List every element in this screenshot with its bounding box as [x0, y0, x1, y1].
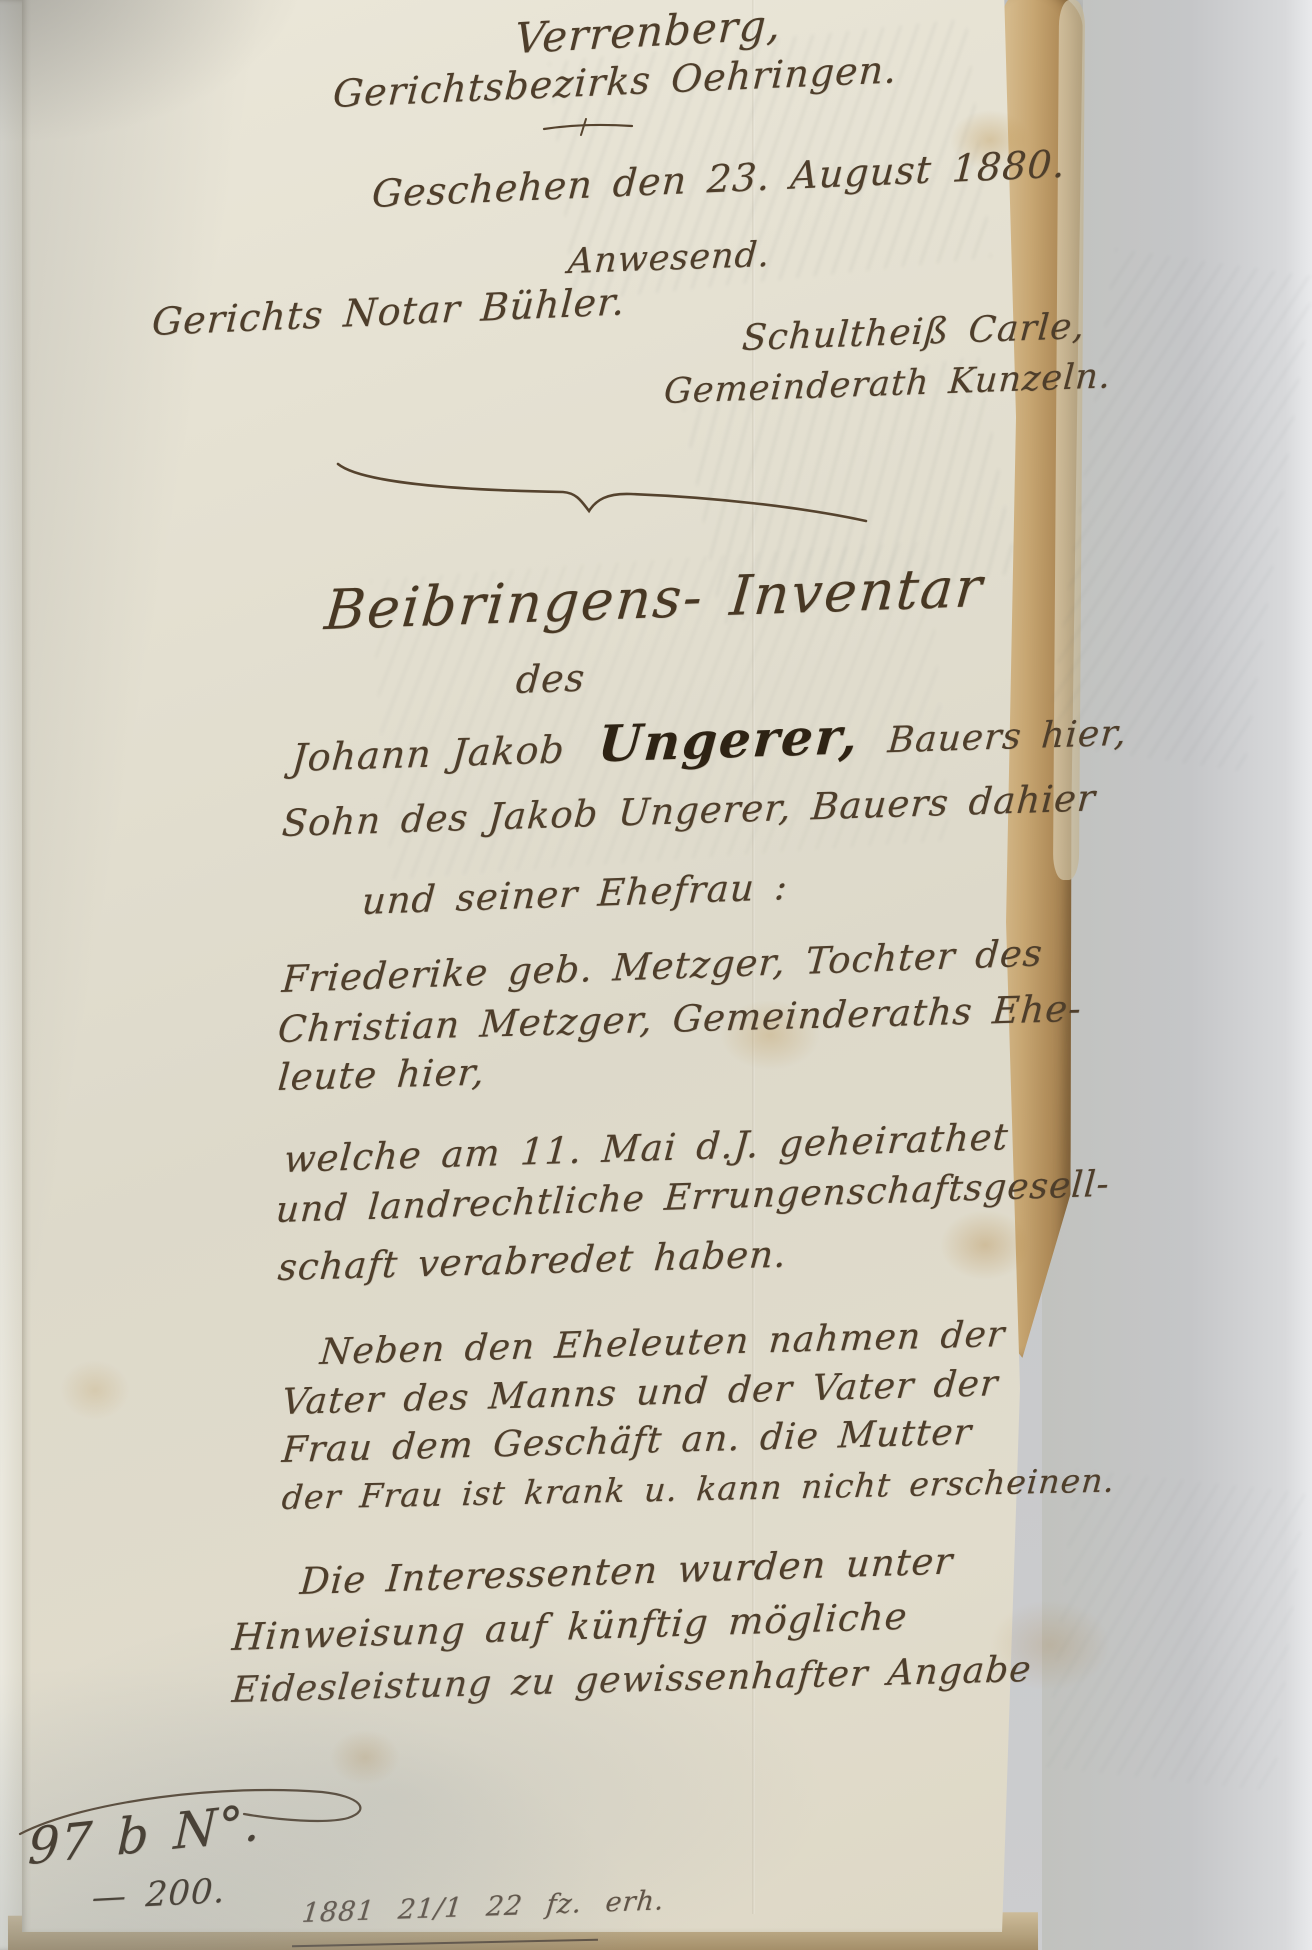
- subject-surname: Ungerer,: [596, 706, 861, 773]
- body-line: leute hier,: [276, 1051, 486, 1100]
- subject-first-names: Johann Jakob: [290, 727, 566, 780]
- document-photo: Verrenberg, Gerichtsbezirks Oehringen. G…: [0, 0, 1312, 1950]
- section-divider-flourish: [330, 452, 875, 524]
- title-sub-line: des: [514, 656, 586, 703]
- archive-ref-amount: — 200.: [91, 1871, 226, 1918]
- present-line: Anwesend.: [567, 235, 772, 282]
- subject-occupation: Bauers hier,: [886, 713, 1128, 762]
- district-underline-flourish: [540, 115, 640, 141]
